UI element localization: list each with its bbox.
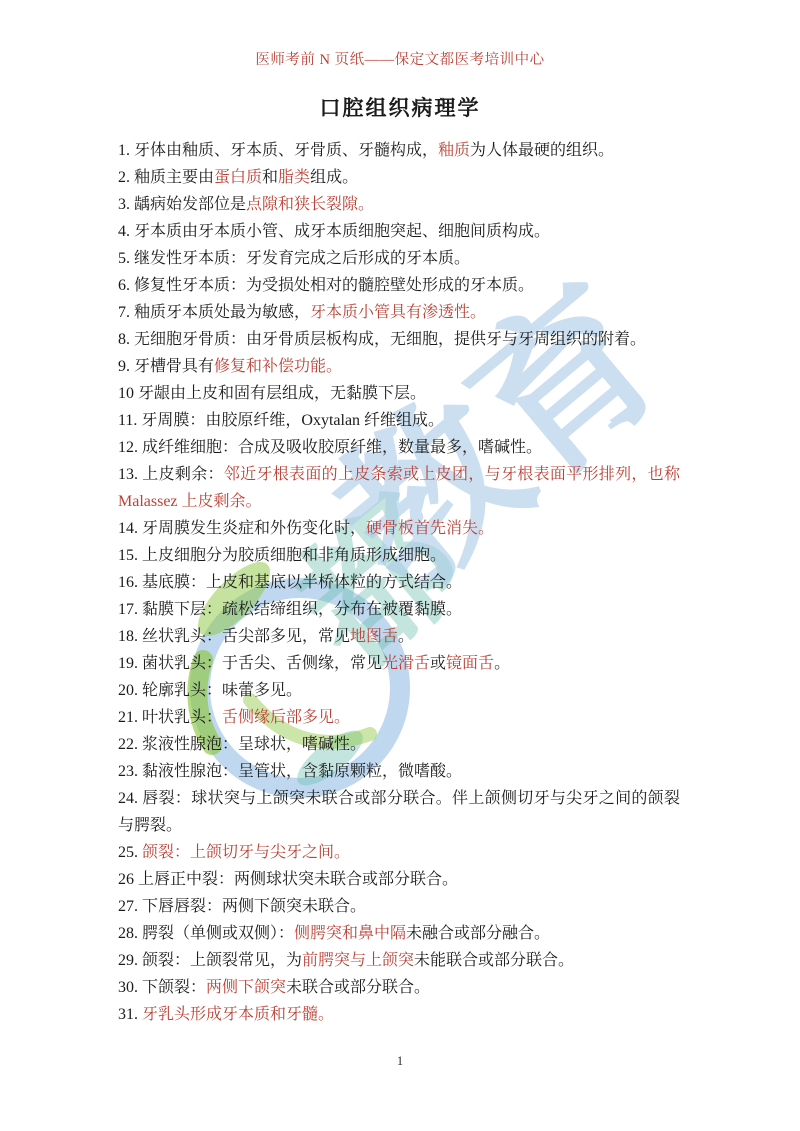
text-segment: 。 [494,655,510,672]
text-segment: 14. 牙周膜发生炎症和外伤变化时， [118,520,366,537]
text-segment: 18. 丝状乳头：舌尖部多见，常见 [118,628,350,645]
text-segment: 2. 釉质主要由 [118,169,214,186]
list-item: 1. 牙体由釉质、牙本质、牙骨质、牙髓构成，釉质为人体最硬的组织。 [118,137,680,164]
text-segment: 27. 下唇唇裂：两侧下颌突未联合。 [118,898,366,915]
text-segment: 11. 牙周膜：由胶原纤维，Oxytalan 纤维组成。 [118,412,444,429]
text-segment: 或 [430,655,446,672]
text-segment: 5. 继发性牙本质：牙发育完成之后形成的牙本质。 [118,250,470,267]
list-item: 15. 上皮细胞分为胶质细胞和非角质形成细胞。 [118,542,680,569]
text-segment: 28. 腭裂（单侧或双侧）： [118,925,294,942]
list-item: 2. 釉质主要由蛋白质和脂类组成。 [118,164,680,191]
text-segment: 29. 颌裂：上颌裂常见，为 [118,952,302,969]
text-segment: 10 牙龈由上皮和固有层组成，无黏膜下层。 [118,385,426,402]
text-segment: 4. 牙本质由牙本质小管、成牙本质细胞突起、细胞间质构成。 [118,223,550,240]
text-segment: 6. 修复性牙本质：为受损处相对的髓腔壁处形成的牙本质。 [118,277,534,294]
page-title: 口腔组织病理学 [0,92,800,122]
items-list: 1. 牙体由釉质、牙本质、牙骨质、牙髓构成，釉质为人体最硬的组织。2. 釉质主要… [118,137,680,1028]
list-item: 4. 牙本质由牙本质小管、成牙本质细胞突起、细胞间质构成。 [118,218,680,245]
text-segment: 7. 釉质牙本质处最为敏感， [118,304,310,321]
text-segment: 硬骨板首先消失。 [366,520,494,537]
text-segment: 颌裂：上颌切牙与尖牙之间。 [142,844,350,861]
text-segment: 未联合或部分联合。 [286,979,430,996]
text-segment: 和 [262,169,278,186]
list-item: 14. 牙周膜发生炎症和外伤变化时，硬骨板首先消失。 [118,515,680,542]
text-segment: 13. 上皮剩余： [118,466,224,483]
text-segment: 23. 黏液性腺泡：呈管状，含黏原颗粒，微嗜酸。 [118,763,462,780]
text-segment: 修复和补偿功能。 [214,358,342,375]
list-item: 7. 釉质牙本质处最为敏感，牙本质小管具有渗透性。 [118,299,680,326]
text-segment: 9. 牙槽骨具有 [118,358,214,375]
text-segment: 组成。 [310,169,358,186]
text-segment: 未能联合或部分联合。 [414,952,574,969]
text-segment: 31. [118,1006,142,1023]
list-item: 8. 无细胞牙骨质：由牙骨质层板构成，无细胞，提供牙与牙周组织的附着。 [118,326,680,353]
list-item: 19. 菌状乳头：于舌尖、舌侧缘，常见光滑舌或镜面舌。 [118,650,680,677]
list-item: 5. 继发性牙本质：牙发育完成之后形成的牙本质。 [118,245,680,272]
text-segment: 19. 菌状乳头：于舌尖、舌侧缘，常见 [118,655,382,672]
list-item: 26 上唇正中裂：两侧球状突未联合或部分联合。 [118,866,680,893]
list-item: 9. 牙槽骨具有修复和补偿功能。 [118,353,680,380]
list-item: 27. 下唇唇裂：两侧下颌突未联合。 [118,893,680,920]
list-item: 17. 黏膜下层：疏松结缔组织，分布在被覆黏膜。 [118,596,680,623]
text-segment: 脂类 [278,169,310,186]
text-segment: 16. 基底膜：上皮和基底以半桥体粒的方式结合。 [118,574,462,591]
list-item: 11. 牙周膜：由胶原纤维，Oxytalan 纤维组成。 [118,407,680,434]
list-item: 29. 颌裂：上颌裂常见，为前腭突与上颌突未能联合或部分联合。 [118,947,680,974]
text-segment: 侧腭突和鼻中隔 [294,925,406,942]
text-segment: 1. 牙体由釉质、牙本质、牙骨质、牙髓构成， [118,142,438,159]
text-segment: 24. 唇裂：球状突与上颌突未联合或部分联合。伴上颌侧切牙与尖牙之间的颌裂与腭裂… [118,790,680,834]
list-item: 6. 修复性牙本质：为受损处相对的髓腔壁处形成的牙本质。 [118,272,680,299]
list-item: 24. 唇裂：球状突与上颌突未联合或部分联合。伴上颌侧切牙与尖牙之间的颌裂与腭裂… [118,785,680,839]
text-segment: 21. 叶状乳头： [118,709,222,726]
text-segment: 为人体最硬的组织。 [470,142,614,159]
list-item: 3. 龋病始发部位是点隙和狭长裂隙。 [118,191,680,218]
list-item: 22. 浆液性腺泡：呈球状，嗜碱性。 [118,731,680,758]
list-item: 21. 叶状乳头：舌侧缘后部多见。 [118,704,680,731]
text-segment: 3. 龋病始发部位是 [118,196,246,213]
document-header: 医师考前 N 页纸——保定文都医考培训中心 [0,0,800,69]
list-item: 23. 黏液性腺泡：呈管状，含黏原颗粒，微嗜酸。 [118,758,680,785]
text-segment: 地图舌 [350,628,398,645]
list-item: 10 牙龈由上皮和固有层组成，无黏膜下层。 [118,380,680,407]
text-segment: 牙本质小管具有渗透性。 [310,304,486,321]
text-segment: 25. [118,844,142,861]
text-segment: 20. 轮廓乳头：味蕾多见。 [118,682,302,699]
text-segment: 镜面舌 [446,655,494,672]
text-segment: 26 上唇正中裂：两侧球状突未联合或部分联合。 [118,871,458,888]
text-segment: 舌侧缘后部多见。 [222,709,350,726]
text-segment: 30. 下颌裂： [118,979,206,996]
text-segment: 8. 无细胞牙骨质：由牙骨质层板构成，无细胞，提供牙与牙周组织的附着。 [118,331,646,348]
list-item: 16. 基底膜：上皮和基底以半桥体粒的方式结合。 [118,569,680,596]
page-number: 1 [0,1054,800,1069]
text-segment: 点隙和狭长裂隙。 [246,196,374,213]
text-segment: 未融合或部分融合。 [406,925,550,942]
list-item: 31. 牙乳头形成牙本质和牙髓。 [118,1001,680,1028]
document-page: 都 教育 医师考前 N 页纸——保定文都医考培训中心 口腔组织病理学 1. 牙体… [0,0,800,1131]
text-segment: 蛋白质 [214,169,262,186]
list-item: 30. 下颌裂：两侧下颌突未联合或部分联合。 [118,974,680,1001]
list-item: 12. 成纤维细胞：合成及吸收胶原纤维，数量最多，嗜碱性。 [118,434,680,461]
text-segment: 12. 成纤维细胞：合成及吸收胶原纤维，数量最多，嗜碱性。 [118,439,542,456]
list-item: 13. 上皮剩余：邻近牙根表面的上皮条索或上皮团，与牙根表面平形排列，也称 Ma… [118,461,680,515]
list-item: 18. 丝状乳头：舌尖部多见，常见地图舌。 [118,623,680,650]
list-item: 20. 轮廓乳头：味蕾多见。 [118,677,680,704]
text-segment: 22. 浆液性腺泡：呈球状，嗜碱性。 [118,736,366,753]
list-item: 28. 腭裂（单侧或双侧）：侧腭突和鼻中隔未融合或部分融合。 [118,920,680,947]
text-segment: 。 [398,628,414,645]
text-segment: 15. 上皮细胞分为胶质细胞和非角质形成细胞。 [118,547,446,564]
text-segment: 牙乳头形成牙本质和牙髓。 [142,1006,334,1023]
page-content: 医师考前 N 页纸——保定文都医考培训中心 口腔组织病理学 1. 牙体由釉质、牙… [0,0,800,1028]
text-segment: 前腭突与上颌突 [302,952,414,969]
text-segment: 光滑舌 [382,655,430,672]
text-segment: 17. 黏膜下层：疏松结缔组织，分布在被覆黏膜。 [118,601,462,618]
text-segment: 两侧下颌突 [206,979,286,996]
text-segment: 釉质 [438,142,470,159]
list-item: 25. 颌裂：上颌切牙与尖牙之间。 [118,839,680,866]
